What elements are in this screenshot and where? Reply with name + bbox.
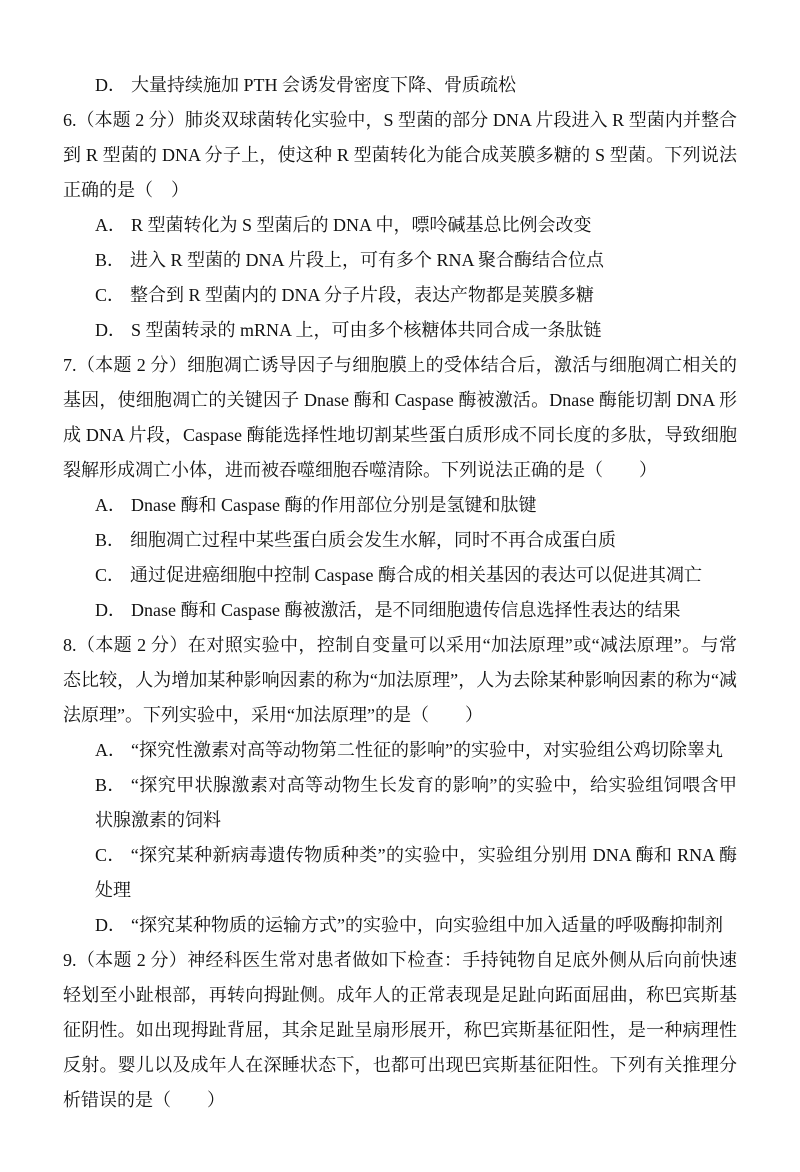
question-8-stem: 8.（本题 2 分）在对照实验中，控制自变量可以采用“加法原理”或“减法原理”。…	[63, 628, 737, 733]
question-5-option-d: D．大量持续施加 PTH 会诱发骨密度下降、骨质疏松	[63, 68, 737, 103]
option-text: S 型菌转录的 mRNA 上，可由多个核糖体共同合成一条肽链	[131, 320, 602, 340]
option-label: C．	[95, 285, 125, 305]
question-8-option-a: A．“探究性激素对高等动物第二性征的影响”的实验中，对实验组公鸡切除睾丸	[63, 733, 737, 768]
question-number: 6.	[63, 110, 77, 130]
question-9-stem: 9.（本题 2 分）神经科医生常对患者做如下检查：手持钝物自足底外侧从后向前快速…	[63, 943, 737, 1118]
option-text: 大量持续施加 PTH 会诱发骨密度下降、骨质疏松	[131, 75, 516, 95]
question-points: （本题 2 分）	[77, 355, 188, 375]
question-6-option-a: A．R 型菌转化为 S 型菌后的 DNA 中，嘌呤碱基总比例会改变	[63, 208, 737, 243]
option-text: “探究某种物质的运输方式”的实验中，向实验组中加入适量的呼吸酶抑制剂	[131, 915, 723, 935]
option-label: A．	[95, 495, 126, 515]
option-label: D．	[95, 600, 126, 620]
question-points: （本题 2 分）	[77, 110, 185, 130]
option-label: B．	[95, 250, 125, 270]
question-6-option-d: D．S 型菌转录的 mRNA 上，可由多个核糖体共同合成一条肽链	[63, 313, 737, 348]
option-label: A．	[95, 740, 126, 760]
option-text: R 型菌转化为 S 型菌后的 DNA 中，嘌呤碱基总比例会改变	[131, 215, 592, 235]
question-8-option-c: C．“探究某种新病毒遗传物质种类”的实验中，实验组分别用 DNA 酶和 RNA …	[63, 838, 737, 908]
option-label: D．	[95, 75, 126, 95]
option-label: A．	[95, 215, 126, 235]
question-points: （本题 2 分）	[77, 635, 188, 655]
question-7-option-c: C．通过促进癌细胞中控制 Caspase 酶合成的相关基因的表达可以促进其凋亡	[63, 558, 737, 593]
question-6-stem: 6.（本题 2 分）肺炎双球菌转化实验中，S 型菌的部分 DNA 片段进入 R …	[63, 103, 737, 208]
question-8-option-d: D．“探究某种物质的运输方式”的实验中，向实验组中加入适量的呼吸酶抑制剂	[63, 908, 737, 943]
option-text: “探究某种新病毒遗传物质种类”的实验中，实验组分别用 DNA 酶和 RNA 酶处…	[95, 845, 737, 900]
option-label: D．	[95, 915, 126, 935]
question-number: 7.	[63, 355, 77, 375]
option-label: D．	[95, 320, 126, 340]
question-6-option-c: C．整合到 R 型菌内的 DNA 分子片段，表达产物都是荚膜多糖	[63, 278, 737, 313]
question-7-option-d: D．Dnase 酶和 Caspase 酶被激活，是不同细胞遗传信息选择性表达的结…	[63, 593, 737, 628]
question-8: 8.（本题 2 分）在对照实验中，控制自变量可以采用“加法原理”或“减法原理”。…	[63, 628, 737, 943]
question-stem-text: 神经科医生常对患者做如下检查：手持钝物自足底外侧从后向前快速轻划至小趾根部，再转…	[63, 950, 737, 1110]
option-text: 整合到 R 型菌内的 DNA 分子片段，表达产物都是荚膜多糖	[130, 285, 594, 305]
option-text: Dnase 酶和 Caspase 酶被激活，是不同细胞遗传信息选择性表达的结果	[131, 600, 680, 620]
option-text: “探究甲状腺激素对高等动物生长发育的影响”的实验中，给实验组饲喂含甲状腺激素的饲…	[95, 775, 737, 830]
question-8-option-b: B．“探究甲状腺激素对高等动物生长发育的影响”的实验中，给实验组饲喂含甲状腺激素…	[63, 768, 737, 838]
option-text: 通过促进癌细胞中控制 Caspase 酶合成的相关基因的表达可以促进其凋亡	[130, 565, 702, 585]
question-6-option-b: B．进入 R 型菌的 DNA 片段上，可有多个 RNA 聚合酶结合位点	[63, 243, 737, 278]
option-label: C．	[95, 845, 126, 865]
option-text: “探究性激素对高等动物第二性征的影响”的实验中，对实验组公鸡切除睾丸	[131, 740, 723, 760]
option-text: 细胞凋亡过程中某些蛋白质会发生水解，同时不再合成蛋白质	[130, 530, 616, 550]
question-number: 8.	[63, 635, 77, 655]
question-number: 9.	[63, 950, 77, 970]
option-label: B．	[95, 530, 125, 550]
question-7-option-b: B．细胞凋亡过程中某些蛋白质会发生水解，同时不再合成蛋白质	[63, 523, 737, 558]
question-6: 6.（本题 2 分）肺炎双球菌转化实验中，S 型菌的部分 DNA 片段进入 R …	[63, 103, 737, 348]
question-points: （本题 2 分）	[77, 950, 188, 970]
question-7-stem: 7.（本题 2 分）细胞凋亡诱导因子与细胞膜上的受体结合后，激活与细胞凋亡相关的…	[63, 348, 737, 488]
exam-document-page: D．大量持续施加 PTH 会诱发骨密度下降、骨质疏松 6.（本题 2 分）肺炎双…	[0, 0, 800, 1172]
option-label: B．	[95, 775, 126, 795]
option-label: C．	[95, 565, 125, 585]
option-text: Dnase 酶和 Caspase 酶的作用部位分别是氢键和肽键	[131, 495, 536, 515]
question-7: 7.（本题 2 分）细胞凋亡诱导因子与细胞膜上的受体结合后，激活与细胞凋亡相关的…	[63, 348, 737, 628]
question-9: 9.（本题 2 分）神经科医生常对患者做如下检查：手持钝物自足底外侧从后向前快速…	[63, 943, 737, 1118]
option-text: 进入 R 型菌的 DNA 片段上，可有多个 RNA 聚合酶结合位点	[130, 250, 604, 270]
question-7-option-a: A．Dnase 酶和 Caspase 酶的作用部位分别是氢键和肽键	[63, 488, 737, 523]
